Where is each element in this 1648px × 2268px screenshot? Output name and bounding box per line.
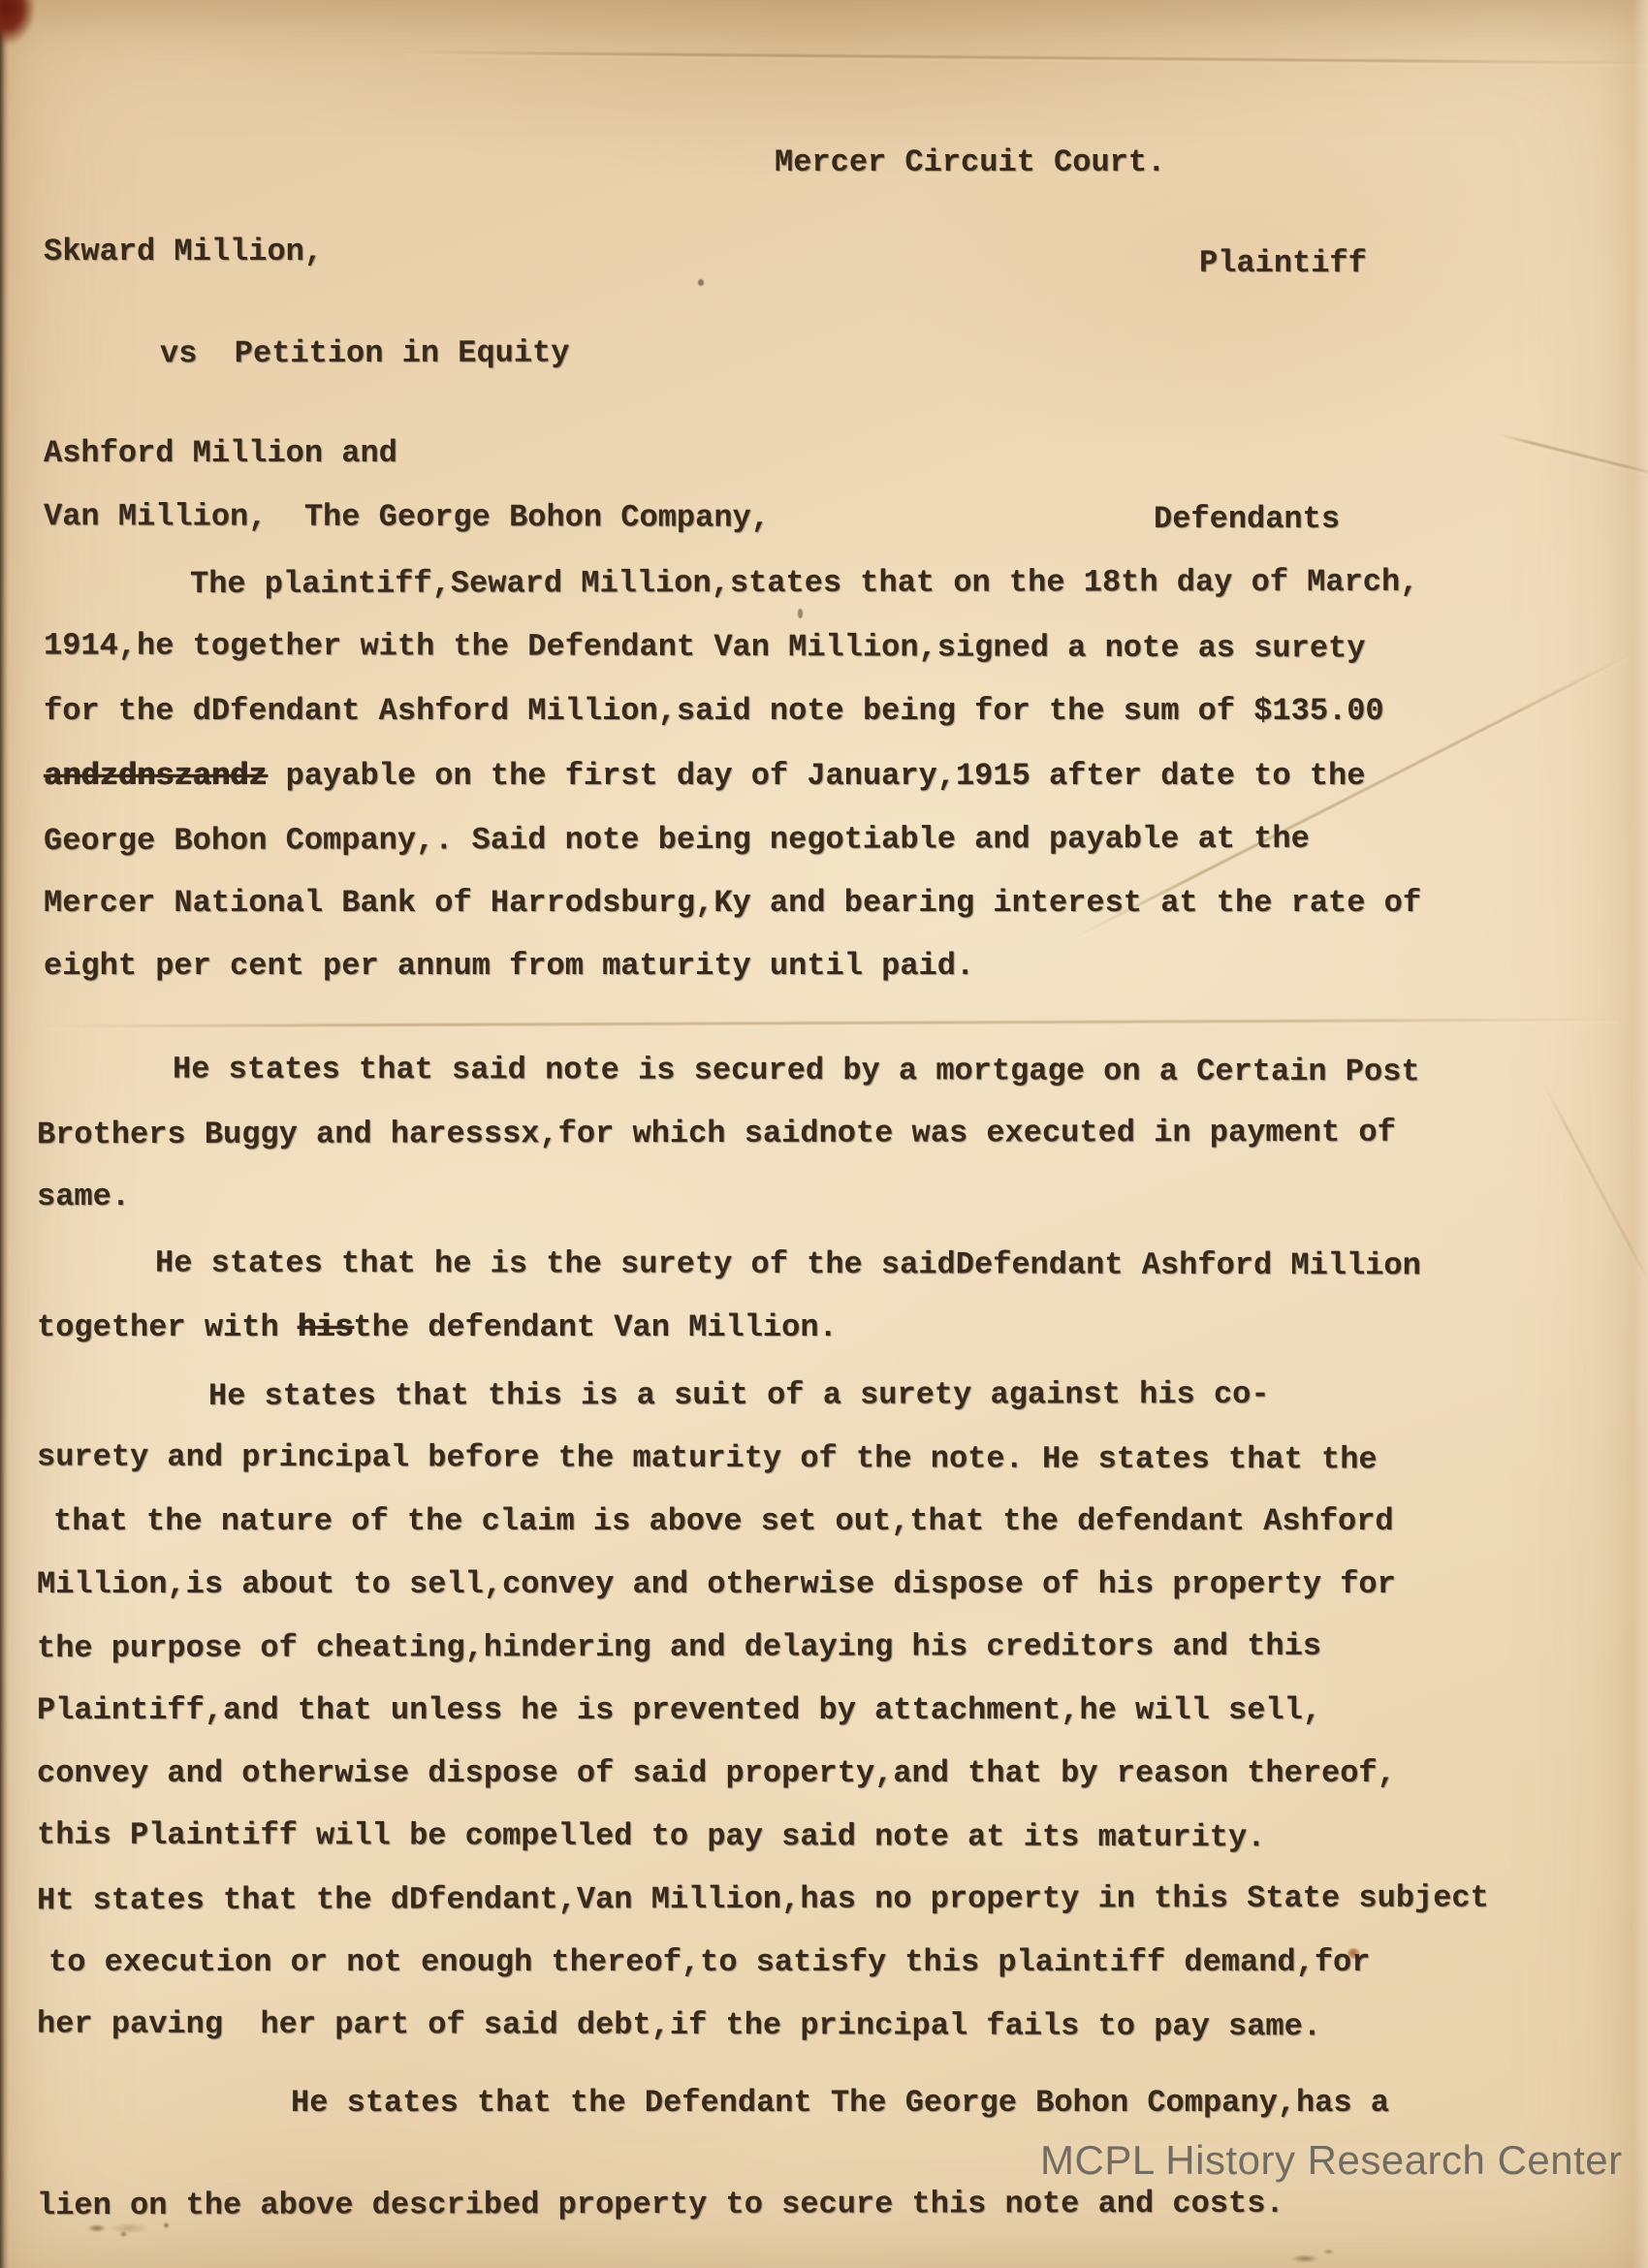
typed-line: He states that this is a suit of a suret…: [208, 1375, 1270, 1416]
typed-text-layer: Mercer Circuit Court.Skward Million,Plai…: [0, 0, 1648, 2268]
typed-line: Skward Million,: [44, 233, 323, 271]
typed-line: this Plaintiff will be compelled to pay …: [37, 1816, 1265, 1858]
typed-line: for the dDfendant Ashford Million,said n…: [44, 692, 1384, 731]
typed-line: vs Petition in Equity: [160, 334, 570, 374]
typed-line: lien on the above described property to …: [37, 2185, 1284, 2225]
typed-line: Million,is about to sell,convey and othe…: [37, 1565, 1396, 1604]
typed-text: to execution or not enough thereof,to sa…: [48, 1944, 1370, 1980]
typed-line: He states that said note is secured by a…: [173, 1051, 1420, 1092]
typed-line: surety and principal before the maturity…: [37, 1438, 1378, 1480]
typed-text: lien on the above described property to …: [37, 2186, 1284, 2223]
typed-text: Mercer Circuit Court.: [775, 144, 1165, 180]
typed-line: He states that he is the surety of the s…: [155, 1244, 1421, 1286]
typed-text: Ashford Million and: [44, 435, 397, 471]
typed-text: George Bohon Company,. Said note being n…: [44, 821, 1310, 859]
typed-line: the purpose of cheating,hindering and de…: [37, 1627, 1321, 1668]
watermark: MCPL History Research Center: [1040, 2137, 1623, 2184]
typed-line: He states that the Defendant The George …: [291, 2084, 1389, 2123]
typed-line: Brothers Buggy and haresssx,for which sa…: [37, 1114, 1396, 1154]
typed-line: Ht states that the dDfendant,Van Million…: [37, 1879, 1489, 1921]
typed-text: same.: [37, 1179, 130, 1214]
typed-text: The plaintiff,Seward Million,states that…: [190, 564, 1418, 602]
typed-text: Van Million, The George Bohon Company,: [44, 498, 770, 536]
typed-text: Million,is about to sell,convey and othe…: [37, 1566, 1396, 1602]
typed-text: eight per cent per annum from maturity u…: [44, 948, 974, 984]
typed-text: He states that the Defendant The George …: [291, 2085, 1389, 2121]
typed-text: He states that said note is secured by a…: [173, 1052, 1420, 1090]
typed-text: He states that this is a suit of a suret…: [208, 1376, 1270, 1414]
typed-line: together with histhe defendant Van Milli…: [37, 1308, 838, 1347]
typed-text: He states that he is the surety of the s…: [155, 1245, 1421, 1284]
typed-text: Plaintiff,and that unless he is prevente…: [37, 1692, 1321, 1728]
typed-text: payable on the first day of January,1915…: [267, 758, 1365, 794]
typed-text: Plaintiff: [1199, 245, 1367, 281]
typed-text: surety and principal before the maturity…: [37, 1439, 1378, 1478]
typed-line: 1914,he together with the Defendant Van …: [44, 627, 1366, 669]
typed-text: Ht states that the dDfendant,Van Million…: [37, 1880, 1489, 1919]
typed-line: Ashford Million and: [44, 434, 397, 473]
typed-text: 1914,he together with the Defendant Van …: [44, 628, 1365, 667]
typed-line: andzdnszandz payable on the first day of…: [44, 757, 1365, 796]
typed-line: eight per cent per annum from maturity u…: [44, 947, 974, 986]
typed-text: Brothers Buggy and haresssx,for which sa…: [37, 1115, 1396, 1152]
typed-line: Mercer National Bank of Harrodsburg,Ky a…: [44, 884, 1421, 923]
typed-line: Van Million, The George Bohon Company,: [44, 497, 770, 538]
typed-text: together with: [37, 1309, 298, 1345]
typed-text: Skward Million,: [44, 234, 323, 269]
typed-text: convey and otherwise dispose of said pro…: [37, 1755, 1396, 1791]
overstruck-text: andzdnszandz: [44, 758, 267, 794]
typed-text: for the dDfendant Ashford Million,said n…: [44, 693, 1384, 729]
typed-line: Defendants: [1154, 500, 1340, 539]
typed-line: her paving her part of said debt,if the …: [37, 2005, 1321, 2047]
typed-line: same.: [37, 1178, 130, 1216]
typed-text: her paving her part of said debt,if the …: [37, 2006, 1321, 2045]
typed-line: Plaintiff: [1199, 244, 1367, 283]
overstruck-text: his: [298, 1309, 354, 1345]
typed-text: that the nature of the claim is above se…: [53, 1503, 1394, 1539]
typed-text: this Plaintiff will be compelled to pay …: [37, 1817, 1265, 1856]
typed-line: convey and otherwise dispose of said pro…: [37, 1754, 1396, 1793]
typed-line: Plaintiff,and that unless he is prevente…: [37, 1691, 1321, 1730]
typed-line: George Bohon Company,. Said note being n…: [44, 820, 1310, 861]
typed-line: to execution or not enough thereof,to sa…: [48, 1943, 1370, 1982]
typed-text: the purpose of cheating,hindering and de…: [37, 1628, 1321, 1666]
scanned-document-page: Mercer Circuit Court.Skward Million,Plai…: [0, 0, 1648, 2268]
typed-line: The plaintiff,Seward Million,states that…: [190, 563, 1418, 604]
typed-line: that the nature of the claim is above se…: [53, 1502, 1394, 1541]
typed-line: Mercer Circuit Court.: [775, 143, 1165, 182]
typed-text: the defendant Van Million.: [353, 1309, 837, 1345]
typed-text: Mercer National Bank of Harrodsburg,Ky a…: [44, 885, 1421, 921]
typed-text: vs Petition in Equity: [160, 335, 570, 372]
typed-text: Defendants: [1154, 501, 1340, 537]
